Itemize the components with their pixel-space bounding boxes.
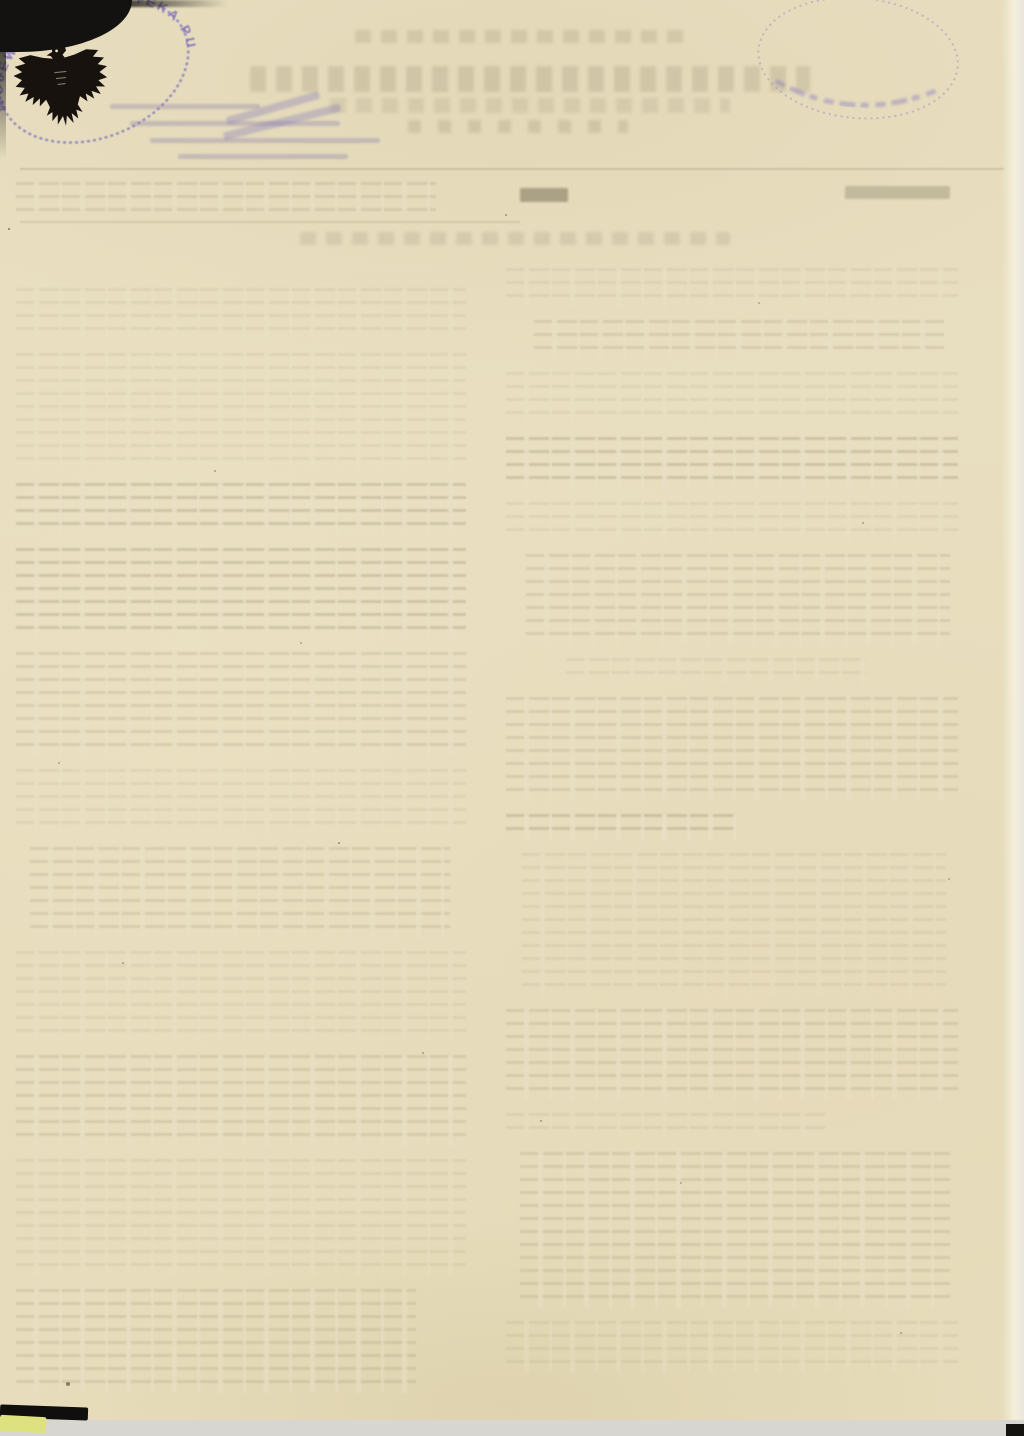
- ghost-paragraph: [506, 502, 958, 541]
- ghost-paragraph: [16, 1159, 466, 1276]
- ghost-paragraph: [520, 1152, 950, 1308]
- ghost-paragraph: [16, 548, 466, 639]
- scan-shadow-left-strip: [0, 40, 6, 160]
- ghost-paragraph: [506, 372, 958, 424]
- ghost-masthead-subtitle: [330, 98, 730, 113]
- header-rule-top: [20, 168, 1004, 170]
- ghost-paragraph: [566, 658, 866, 684]
- ghost-paragraph: [16, 288, 466, 340]
- scan-shadow-top-strip: [118, 0, 228, 7]
- ghost-paragraph: [506, 1321, 958, 1373]
- ghost-paragraph: [16, 1289, 416, 1393]
- ghost-issue-band: [16, 182, 436, 225]
- right-column: [506, 268, 958, 1386]
- faint-stamp-text-smudge: [774, 77, 935, 112]
- scan-sliver-bottom-left: [0, 1415, 46, 1433]
- ghost-masthead-title: [250, 66, 810, 92]
- ghost-masthead-topline: [355, 30, 685, 43]
- ghost-paragraph: [506, 1113, 826, 1139]
- ghost-paragraph: [534, 320, 944, 359]
- scanned-document-page: { "page": { "paper_color": "#e9dfc1", "s…: [0, 0, 1024, 1436]
- ghost-paragraph: [506, 437, 958, 489]
- scan-mark-bottom-right: [1006, 1424, 1024, 1436]
- page-edge-right: [1002, 0, 1024, 1420]
- ghost-paragraph: [506, 697, 958, 801]
- ghost-city-line: [408, 120, 628, 133]
- ghost-paragraph: [16, 483, 466, 535]
- ghost-paragraph: [16, 182, 436, 212]
- ghost-price-note: [845, 186, 950, 199]
- ghost-paragraph: [30, 847, 450, 938]
- ghost-paragraph: [16, 769, 466, 834]
- ghost-purple-line: [150, 138, 380, 143]
- ghost-paragraph: [522, 853, 946, 996]
- paper-sheet: WOJEWÓDZKA BIBLIOTEKA PUBLICZNA: [0, 0, 1024, 1420]
- ghost-paragraph: [506, 268, 958, 307]
- ghost-paragraph: [506, 814, 736, 840]
- ghost-purple-line: [178, 154, 348, 159]
- ghost-paragraph: [16, 353, 466, 470]
- ghost-paragraph: [526, 554, 950, 645]
- ghost-paragraph: [16, 652, 466, 756]
- ghost-paragraph: [16, 1055, 466, 1146]
- left-column: [16, 288, 466, 1406]
- ghost-paragraph: [16, 951, 466, 1042]
- ghost-contents-line: [300, 232, 730, 245]
- ghost-paragraph: [506, 1009, 958, 1100]
- ghost-issue-number: [520, 188, 568, 202]
- faint-oval-stamp: [736, 0, 978, 156]
